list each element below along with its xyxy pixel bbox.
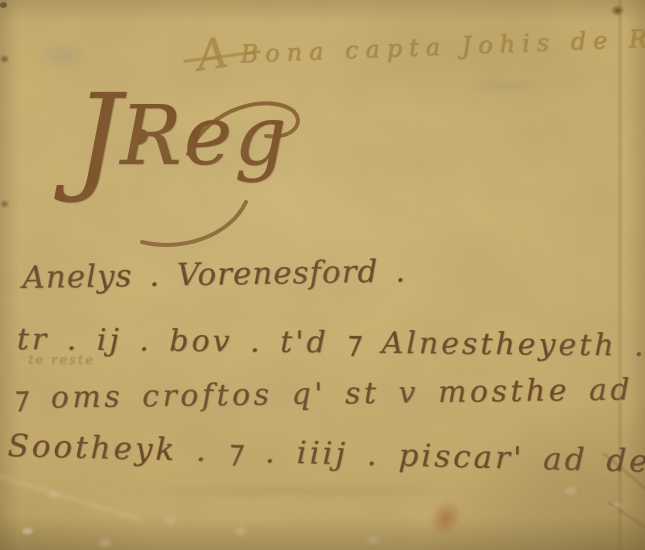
text-line-crofts: ⁊ oms croftos q' st v mosthe ad del <box>13 371 645 416</box>
red-stain <box>423 493 469 543</box>
text-line-terra: tr . ij . bov . t'd ⁊ Alnestheyeth . <box>17 322 645 364</box>
header-inscription: A Bona capta Johis de Rys <box>196 15 645 76</box>
edge-specks <box>0 2 7 8</box>
gray-smudge <box>33 40 91 70</box>
interlinear-note: te reste <box>28 353 95 368</box>
text-line-fisheries: Sootheyk . ⁊ . iiij . piscar' ad deym <box>7 428 645 481</box>
header-inscription-text: Bona capta Johis de Rys <box>240 23 645 68</box>
crease-bottom-right-2 <box>608 502 645 533</box>
crease-bottom-left <box>0 474 141 521</box>
manuscript-photo: A Bona capta Johis de Rys J· Reg Anelys … <box>0 0 645 550</box>
chalk-spots <box>22 528 33 534</box>
gray-smudge-small <box>462 80 542 92</box>
ink-dot <box>611 5 624 16</box>
reg-descender-stroke <box>134 198 254 256</box>
reg-flourish-stroke <box>182 92 312 162</box>
text-line-place: Anelys . Vorenesford . <box>22 253 406 296</box>
ghost-ink-offset <box>132 485 472 497</box>
